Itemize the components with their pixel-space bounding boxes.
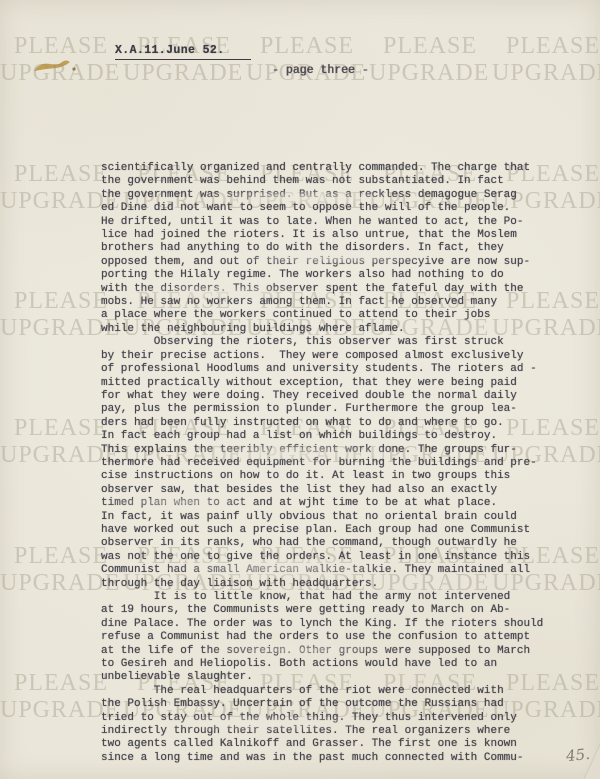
- text-line: timed plan when to act and at wjht time …: [101, 497, 571, 510]
- document-header: X.A.11.June 52.: [115, 44, 251, 60]
- text-line: Communist had a small American walkie-ta…: [101, 564, 571, 577]
- watermark-word: UPGRADE: [492, 60, 600, 86]
- text-line: scientifically organized and centrally c…: [101, 162, 571, 175]
- watermark-word: PLEASE: [260, 33, 383, 59]
- text-line: opposed them, and out of their religious…: [101, 256, 571, 269]
- watermark-word: PLEASE: [383, 33, 506, 59]
- text-line: the Polish Embassy. Uncertain of the out…: [101, 698, 571, 711]
- paper-corner-edge: [584, 733, 600, 779]
- text-line: observer saw, that besides the list they…: [101, 484, 571, 497]
- text-line: have worked out such a precise plan. Eac…: [101, 524, 571, 537]
- text-line: since a long time and was in the past mu…: [101, 752, 571, 765]
- text-line: at 19 hours, the Communists were getting…: [101, 604, 571, 617]
- document-body: scientifically organized and centrally c…: [101, 162, 571, 765]
- text-line: a place where the workers continued to a…: [101, 309, 571, 322]
- watermark-word: PLEASE: [506, 33, 600, 59]
- text-line: two agents called Kalnikoff and Grasser.…: [101, 738, 571, 751]
- text-line: observer in its ranks, who had the comma…: [101, 537, 571, 550]
- text-line: dine Palace. The order was to lynch the …: [101, 618, 571, 631]
- document-page: PLEASEPLEASEPLEASEPLEASEPLEASEUPGRADEUPG…: [0, 0, 600, 779]
- text-line: unbelievable slaughter.: [101, 671, 571, 684]
- text-line: the government was surprised. But as a r…: [101, 189, 571, 202]
- text-line: through the day liaison with headquarter…: [101, 578, 571, 591]
- text-line: brothers had anything to do with the dis…: [101, 242, 571, 255]
- text-line: by their precise actions. They were comp…: [101, 350, 571, 363]
- text-line: to Gesireh and Heliopolis. Both actions …: [101, 658, 571, 671]
- text-line: the government was behind them was not s…: [101, 175, 571, 188]
- page-label: - page three -: [272, 64, 369, 77]
- text-line: The real headquarters of the riot were c…: [101, 685, 571, 698]
- text-line: was not the one to give the orders. At l…: [101, 551, 571, 564]
- text-line: mitted practically without exception, th…: [101, 377, 571, 390]
- text-line: thermore had received equipment for burn…: [101, 457, 571, 470]
- text-line: with the disorders. This observer spent …: [101, 283, 571, 296]
- ink-smudge: [30, 58, 90, 76]
- watermark-word: UPGRADE: [369, 60, 492, 86]
- text-line: pay, plus the permission to plunder. Fur…: [101, 403, 571, 416]
- text-line: He drifted, until it was to late. When h…: [101, 216, 571, 229]
- text-line: while the neighbouring buildings where a…: [101, 323, 571, 336]
- text-line: lice had joined the rioters. It is also …: [101, 229, 571, 242]
- text-line: mobs. He saw no workers among them. In f…: [101, 296, 571, 309]
- text-line: for what they were doing. They received …: [101, 390, 571, 403]
- watermark-word: UPGRADE: [123, 60, 246, 86]
- document-reference: X.A.11.June 52.: [115, 44, 251, 60]
- text-line: In fact, it was painf ully obvious that …: [101, 511, 571, 524]
- text-line: tried to stay out of the whole thing. Th…: [101, 712, 571, 725]
- text-line: It is to little know, that had the army …: [101, 591, 571, 604]
- text-line: In fact each group had a list on which b…: [101, 430, 571, 443]
- text-line: refuse a Communist had the orders to use…: [101, 631, 571, 644]
- watermark-row: PLEASEPLEASEPLEASEPLEASEPLEASE: [14, 33, 600, 59]
- text-line: indirectly through their satellites. The…: [101, 725, 571, 738]
- text-line: at the life of the sovereign. Other grou…: [101, 645, 571, 658]
- text-line: Observing the rioters, this observer was…: [101, 336, 571, 349]
- text-line: ed Dine did not want to seem to oppose t…: [101, 202, 571, 215]
- text-line: ders had been fully instructed on what t…: [101, 417, 571, 430]
- text-line: porting the Hilaly regime. The workers a…: [101, 269, 571, 282]
- text-line: This explains the teeribly efficient wor…: [101, 444, 571, 457]
- text-line: cise instructions on how to do it. At le…: [101, 470, 571, 483]
- text-line: of professional Hoodlums and university …: [101, 363, 571, 376]
